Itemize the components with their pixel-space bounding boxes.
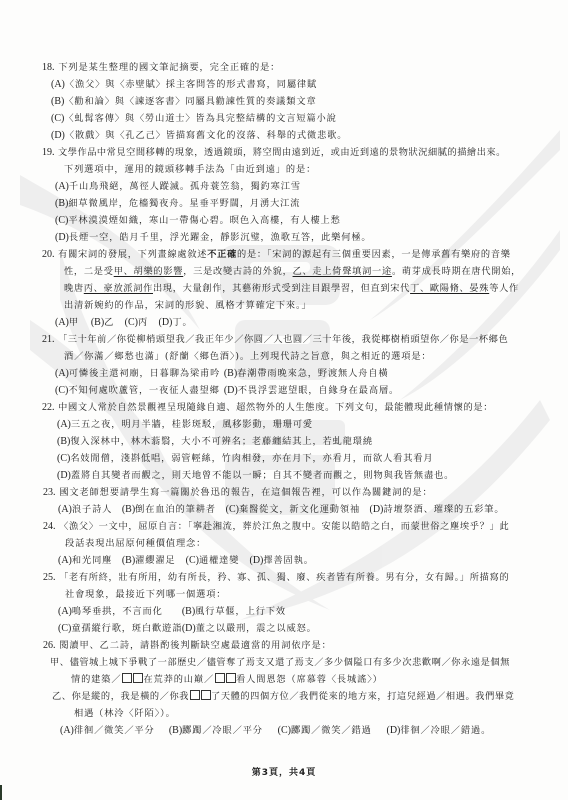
question-25-stem-line1: 25. 「老有所終，壯有所用，幼有所長，矜、寡、孤、獨、廢、疾者皆有所養。男有分… (43, 571, 509, 584)
poem-text: 看人間恩怨（席慕蓉〈長城謠〉） (236, 674, 383, 685)
option-text: 詩壇祭酒、璀璨的五彩筆。 (383, 504, 504, 515)
question-20-stem-line3: 晚唐丙、豪放派詞作出現，大量創作，其藝術形式受到注目跟學習，但直到宋代丁、歐陽脩… (64, 282, 519, 295)
option-label: (B) (169, 725, 182, 736)
question-18-option-d[interactable]: (D)〈散戲〉與〈孔乙己〉皆描寫舊文化的沒落、科舉的式微悲歌。 (51, 129, 347, 142)
question-number: 24. (43, 521, 56, 532)
blank-box (201, 690, 211, 700)
question-20-option-d[interactable]: (D)丁。 (158, 316, 192, 329)
question-22-option-a[interactable]: (A)三五之夜，明月半牆，桂影斑駁，風移影動，珊珊可愛 (57, 418, 313, 431)
option-label: (B) (122, 555, 135, 566)
question-24-option-a[interactable]: (A)和光同塵 (58, 554, 118, 567)
option-label: (C) (186, 555, 199, 566)
question-25-option-d[interactable]: (D)董之以嚴刑，震之以威怒。 (182, 622, 317, 635)
option-label: (B) (51, 96, 64, 107)
page-number-footer: 第3頁，共4頁 (0, 765, 568, 778)
question-20-option-c[interactable]: (C)丙 (125, 316, 155, 329)
option-label: (D) (158, 317, 172, 328)
option-label: (C) (278, 725, 291, 736)
question-25-stem-line2: 社會現象，最接近下列哪一個選項： (65, 588, 226, 601)
blank-box (215, 673, 225, 683)
poem-jia-line1: 甲、儘管城上城下爭戰了一部歷史／儘管奪了焉支又還了焉支／多少個隘口有多少次悲歡啊… (50, 656, 510, 669)
question-21-option-d[interactable]: (D)不畏浮雲遮望眼，自緣身在最高層。 (224, 384, 399, 397)
option-label: (D) (51, 130, 65, 141)
question-23-option-a[interactable]: (A)浪子詩人 (58, 503, 118, 516)
option-text: 細草微風岸，危檣獨夜舟。星垂平野闊，月湧大江流 (68, 198, 300, 209)
question-22-option-c[interactable]: (C)名妓閒僧，淺斟低唱，弱管輕絲，竹肉相發，亦在月下，亦看月，而欲人看其看月 (57, 452, 434, 465)
question-25-option-b[interactable]: (B)風行草偃，上行下效 (182, 605, 286, 618)
option-label: (C) (226, 504, 239, 515)
question-23-option-c[interactable]: (C)棄醫從文，新文化運動領袖 (226, 503, 366, 516)
question-number: 26. (43, 640, 56, 651)
blank-box (190, 690, 200, 700)
option-text: 蓋將自其變者而觀之，則天地曾不能以一瞬；自其不變者而觀之，則物與我皆無盡也。 (71, 470, 454, 481)
question-19-option-d[interactable]: (D)長煙一空，皓月千里，浮光躍金，靜影沉璧，漁歌互答，此樂何極。 (55, 231, 372, 244)
option-label: (D) (369, 504, 383, 515)
option-text: 棄醫從文，新文化運動領袖 (239, 504, 360, 515)
option-text: 不知何處吹蘆管，一夜征人盡望鄉 (68, 385, 219, 396)
question-19-option-b[interactable]: (B)細草微風岸，危檣獨夜舟。星垂平野闊，月湧大江流 (55, 197, 300, 210)
poem-text: 情的建築／ (71, 674, 121, 685)
question-20-option-a[interactable]: (A)甲 (55, 316, 87, 329)
option-text: 鳴琴垂拱，不言而化 (72, 606, 163, 617)
question-23-options: (A)浪子詩人 (B)倒在血泊的筆耕者 (C)棄醫從文，新文化運動領袖 (D)詩… (58, 503, 504, 516)
option-label: (D) (386, 725, 400, 736)
option-text: 浪子詩人 (72, 504, 112, 515)
option-label: (A) (55, 181, 69, 192)
option-label: (A) (58, 504, 72, 515)
underlined-ding: 丁、歐陽脩、晏殊 (410, 283, 489, 294)
question-text: 「老有所終，壯有所用，幼有所長，矜、寡、孤、獨、廢、疾者皆有所養。男有分，女有歸… (59, 572, 509, 583)
blank-box (226, 673, 236, 683)
blank-box (122, 673, 132, 683)
option-label: (D) (182, 623, 196, 634)
option-label: (D) (224, 385, 238, 396)
underlined-yi: 乙、走上倚聲填詞一途 (293, 266, 392, 277)
question-25-option-c[interactable]: (C)童孺縱行歌，斑白歡遊詣 (58, 622, 178, 635)
option-label: (C) (55, 215, 68, 226)
poem-text: 了天體的四個方位／我們從來的地方來，打這兒經過／相遇。我們畢竟 (211, 691, 514, 702)
question-text: 的是：「宋詞的源起有三個重要因素，一是傳承舊有樂府的音樂 (237, 249, 511, 260)
option-text: 平林漠漠煙如織，寒山一帶傷心碧。暝色入高樓，有人樓上愁 (68, 215, 340, 226)
option-label: (B) (122, 504, 135, 515)
option-text: 丁。 (172, 317, 192, 328)
question-18-option-c[interactable]: (C)〈虬髯客傳〉與〈勞山道士〉皆為具完整結構的文言短篇小說 (51, 112, 337, 125)
question-18-stem: 18. 下列是某生整理的國文筆記摘要，完全正確的是： (42, 61, 280, 74)
option-text: 〈勸和論〉與〈諫逐客書〉同屬具勸諫性質的奏議類文章 (64, 96, 316, 107)
question-text: 出現，大量創作，其藝術形式受到注目跟學習，但直到宋代 (153, 283, 410, 294)
question-21-options-row2: (C)不知何處吹蘆管，一夜征人盡望鄉 (D)不畏浮雲遮望眼，自緣身在最高層。 (55, 384, 399, 397)
option-text: 不畏浮雲遮望眼，自緣身在最高層。 (238, 385, 399, 396)
question-25-options-row1: (A)鳴琴垂拱，不言而化 (B)風行草偃，上行下效 (58, 605, 286, 618)
scan-edge-mark (0, 785, 2, 800)
option-label: (B) (224, 368, 237, 379)
question-22-option-d[interactable]: (D)蓋將自其變者而觀之，則天地曾不能以一瞬；自其不變者而觀之，則物與我皆無盡也… (57, 469, 454, 482)
option-text: 三五之夜，明月半牆，桂影斑駁，風移影動，珊珊可愛 (71, 419, 313, 430)
blank-box (133, 673, 143, 683)
question-text: 晚唐 (64, 283, 84, 294)
option-label: (A) (51, 79, 65, 90)
question-23-option-b[interactable]: (B)倒在血泊的筆耕者 (122, 503, 222, 516)
option-text: 風行草偃，上行下效 (195, 606, 286, 617)
option-label: (C) (57, 453, 70, 464)
question-18-option-a[interactable]: (A)〈漁父〉與〈赤壁賦〉採主客問答的形式書寫，同屬律賦 (51, 78, 317, 91)
question-text: 等人作 (489, 283, 519, 294)
question-24-options: (A)和光同塵 (B)濯纓濯足 (C)通權達變 (D)擇善固執。 (58, 554, 314, 567)
option-label: (C) (125, 317, 138, 328)
option-text: 春潮帶雨晚來急，野渡無人舟自橫 (237, 368, 388, 379)
poem-text: 乙、你是縱的，我是橫的／你我 (52, 691, 189, 702)
question-26-option-c[interactable]: (C)躑躅／微笑／錯過 (278, 724, 383, 737)
question-19-stem-line1: 19. 文學作品中常見空間移轉的現象，透過鏡頭，將空間由遠到近，或由近到遠的景物… (42, 146, 506, 159)
option-label: (C) (58, 623, 71, 634)
question-20-option-b[interactable]: (B)乙 (91, 316, 121, 329)
question-21-stem-line2: 酒／你滿／鄉愁也滿」(舒蘭〈鄉色酒〉)。上列現代詩之旨意，與之相近的選項是： (64, 350, 432, 363)
question-26-option-b[interactable]: (B)躑躅／冷眼／平分 (169, 724, 274, 737)
option-text: 千山鳥飛絕，萬徑人蹤滅。孤舟蓑笠翁，獨釣寒江雪 (69, 181, 301, 192)
question-20-stem-line1: 20. 有關宋詞的發展，下列畫線處敘述不正確的是：「宋詞的源起有三個重要因素，一… (42, 248, 511, 261)
question-text: 〈漁父〉一文中，屈原自言：「寧赴湘流，葬於江魚之腹中。安能以皓皓之白，而蒙世俗之… (59, 521, 509, 532)
question-number: 25. (43, 572, 56, 583)
question-24-stem-line2: 段話表現出屈原何種價值理念： (65, 537, 206, 550)
question-text: 性，二是受 (64, 266, 114, 277)
question-22-option-b[interactable]: (B)復入深林中，林木蓊翳，大小不可辨名；老藤纏結其上，若虬龍環繞 (57, 435, 373, 448)
poem-yi-line1: 乙、你是縱的，我是橫的／你我了天體的四個方位／我們從來的地方來，打這兒經過／相遇… (52, 690, 514, 703)
option-label: (D) (55, 232, 69, 243)
option-label: (D) (249, 555, 263, 566)
question-20-stem-line2: 性，二是受甲、胡樂的影響，三是改變古詩的外貌，乙、走上倚聲填詞一途。萌芽成長時期… (64, 265, 521, 278)
option-text: 和光同塵 (72, 555, 112, 566)
option-label: (A) (58, 555, 72, 566)
question-21-option-a[interactable]: (A)可憐後主還祠廟，日暮聊為梁甫吟 (55, 367, 220, 380)
option-label: (C) (55, 385, 68, 396)
option-text: 甲 (69, 317, 79, 328)
option-label: (D) (57, 470, 71, 481)
question-21-options-row1: (A)可憐後主還祠廟，日暮聊為梁甫吟 (B)春潮帶雨晚來急，野渡無人舟自橫 (55, 367, 388, 380)
question-21-option-c[interactable]: (C)不知何處吹蘆管，一夜征人盡望鄉 (55, 384, 220, 397)
question-number: 21. (42, 334, 55, 345)
question-19-option-a[interactable]: (A)千山鳥飛絕，萬徑人蹤滅。孤舟蓑笠翁，獨釣寒江雪 (55, 180, 301, 193)
option-text: 濯纓濯足 (135, 555, 175, 566)
option-label: (B) (182, 606, 195, 617)
question-24-option-d[interactable]: (D)擇善固執。 (249, 554, 313, 567)
question-text: 閱讀甲、乙二詩，請斟酌後判斷缺空處最適當的用詞依序是： (59, 640, 331, 651)
underlined-jia: 甲、胡樂的影響 (114, 266, 184, 277)
question-24-stem-line1: 24. 〈漁父〉一文中，屈原自言：「寧赴湘流，葬於江魚之腹中。安能以皓皓之白，而… (43, 520, 509, 533)
option-label: (A) (55, 368, 69, 379)
option-text: 名妓閒僧，淺斟低唱，弱管輕絲，竹肉相發，亦在月下，亦看月，而欲人看其看月 (70, 453, 433, 464)
option-label: (A) (55, 317, 69, 328)
question-25-option-a[interactable]: (A)鳴琴垂拱，不言而化 (58, 605, 178, 618)
question-25-options-row2: (C)童孺縱行歌，斑白歡遊詣 (D)董之以嚴刑，震之以威怒。 (58, 622, 317, 635)
question-text: ，三是改變古詩的外貌， (183, 266, 292, 277)
poem-text: 在荒莽的山巔／ (143, 674, 214, 685)
option-text: 長煙一空，皓月千里，浮光躍金，靜影沉璧，漁歌互答，此樂何極。 (69, 232, 372, 243)
question-number: 19. (42, 147, 55, 158)
option-text: 丙 (138, 317, 148, 328)
option-text: 〈漁父〉與〈赤壁賦〉採主客問答的形式書寫，同屬律賦 (65, 79, 317, 90)
option-text: 董之以嚴刑，震之以威怒。 (196, 623, 317, 634)
option-text: 〈虬髯客傳〉與〈勞山道士〉皆為具完整結構的文言短篇小說 (64, 113, 336, 124)
option-text: 倒在血泊的筆耕者 (135, 504, 216, 515)
option-text: 徘徊／微笑／平分 (74, 725, 155, 736)
option-label: (B) (57, 436, 70, 447)
option-text: 徘徊／冷眼／錯過。 (400, 725, 491, 736)
question-number: 22. (42, 402, 55, 413)
question-number: 18. (42, 62, 55, 73)
emphasis-not-correct: 不正確 (207, 249, 237, 260)
option-label: (A) (57, 419, 71, 430)
exam-page: 18. 下列是某生整理的國文筆記摘要，完全正確的是： (A)〈漁父〉與〈赤壁賦〉… (0, 0, 568, 800)
question-24-option-c[interactable]: (C)通權達變 (186, 554, 246, 567)
question-19-stem-line2: 下列選項中，運用的鏡頭移轉手法為「由近到遠」的是： (64, 163, 316, 176)
question-26-option-a[interactable]: (A)徘徊／微笑／平分 (60, 724, 165, 737)
option-text: 童孺縱行歌，斑白歡遊詣 (71, 623, 182, 634)
question-26-stem: 26. 閱讀甲、乙二詩，請斟酌後判斷缺空處最適當的用詞依序是： (43, 639, 332, 652)
question-22-stem: 22. 中國文人常於自然景觀裡呈現隨緣自適、超然物外的人生態度。下列文句，最能體… (42, 401, 493, 414)
question-23-option-d[interactable]: (D)詩壇祭酒、璀璨的五彩筆。 (369, 503, 504, 516)
question-21-option-b[interactable]: (B)春潮帶雨晚來急，野渡無人舟自橫 (224, 367, 389, 380)
option-label: (A) (60, 725, 74, 736)
option-label: (A) (58, 606, 72, 617)
question-26-option-d[interactable]: (D)徘徊／冷眼／錯過。 (386, 724, 491, 737)
option-label: (B) (91, 317, 104, 328)
poem-jia-line2: 情的建築／在荒莽的山巔／看人間恩怨（席慕蓉〈長城謠〉） (71, 673, 383, 686)
option-text: 躑躅／微笑／錯過 (291, 725, 372, 736)
poem-yi-line2: 相遇（林泠〈阡陌〉）。 (74, 707, 176, 720)
question-text: 有關宋詞的發展，下列畫線處敘述 (58, 249, 207, 260)
option-label: (B) (55, 198, 68, 209)
question-number: 23. (43, 487, 56, 498)
option-label: (C) (51, 113, 64, 124)
question-text: 「三十年前／你從柳梢頭望我／我正年少／你圓／人也圓／三十年後，我從椰樹梢頭望你／… (58, 334, 508, 345)
question-20-options: (A)甲 (B)乙 (C)丙 (D)丁。 (55, 316, 193, 329)
option-text: 通權達變 (199, 555, 239, 566)
question-text: 中國文人常於自然景觀裡呈現隨緣自適、超然物外的人生態度。下列文句，最能體現此種情… (58, 402, 493, 413)
option-text: 復入深林中，林木蓊翳，大小不可辨名；老藤纏結其上，若虬龍環繞 (70, 436, 373, 447)
underlined-bing: 丙、豪放派詞作 (84, 283, 153, 294)
question-number: 20. (42, 249, 55, 260)
question-19-option-c[interactable]: (C)平林漠漠煙如織，寒山一帶傷心碧。暝色入高樓，有人樓上愁 (55, 214, 341, 227)
question-23-stem: 23. 國文老師想要請學生寫一篇關於魯迅的報告，在這個報告裡，可以作為關鍵詞的是… (43, 486, 433, 499)
question-18-option-b[interactable]: (B)〈勸和論〉與〈諫逐客書〉同屬具勸諫性質的奏議類文章 (51, 95, 317, 108)
question-26-options: (A)徘徊／微笑／平分 (B)躑躅／冷眼／平分 (C)躑躅／微笑／錯過 (D)徘… (60, 724, 491, 737)
question-20-stem-line4: 出清新婉約的作品，宋詞的形貌、風格才算確定下來。」 (64, 299, 312, 312)
question-text: 下列是某生整理的國文筆記摘要，完全正確的是： (58, 62, 280, 73)
question-text: 文學作品中常見空間移轉的現象，透過鏡頭，將空間由遠到近，或由近到遠的景物狀況細膩… (58, 147, 506, 158)
question-text: 國文老師想要請學生寫一篇關於魯迅的報告，在這個報告裡，可以作為關鍵詞的是： (59, 487, 432, 498)
option-text: 〈散戲〉與〈孔乙己〉皆描寫舊文化的沒落、科舉的式微悲歌。 (65, 130, 347, 141)
option-text: 可憐後主還祠廟，日暮聊為梁甫吟 (69, 368, 220, 379)
question-21-stem-line1: 21. 「三十年前／你從柳梢頭望我／我正年少／你圓／人也圓／三十年後，我從椰樹梢… (42, 333, 508, 346)
question-text: 。萌芽成長時期在唐代開始， (392, 266, 521, 277)
option-text: 乙 (104, 317, 114, 328)
option-text: 躑躅／冷眼／平分 (182, 725, 263, 736)
question-24-option-b[interactable]: (B)濯纓濯足 (122, 554, 182, 567)
option-text: 擇善固執。 (263, 555, 313, 566)
